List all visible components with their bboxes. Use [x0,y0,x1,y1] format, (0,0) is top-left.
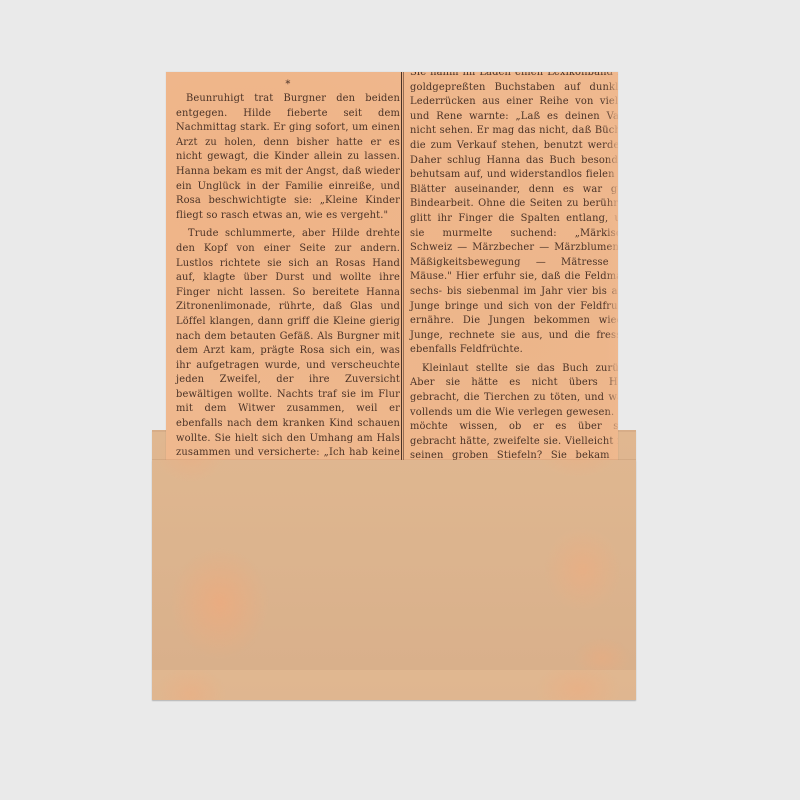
right-column: Sie nahm im Laden einen Lexikonband mit … [410,72,618,462]
photo-stage: * Beunruhigt trat Burgner den beiden ent… [0,0,800,800]
envelope-front-flap [152,460,636,700]
right-paragraph: Kleinlaut stellte sie das Buch zurück. A… [410,362,618,462]
newspaper-clipping: * Beunruhigt trat Burgner den beiden ent… [166,72,618,462]
section-mark: * [176,80,400,90]
left-paragraph: Beunruhigt trat Burgner den beiden entge… [176,92,400,223]
left-paragraph: Trude schlummerte, aber Hilde drehte den… [176,227,400,462]
left-column: * Beunruhigt trat Burgner den beiden ent… [176,72,400,462]
clipping-right-edge [606,72,618,462]
right-paragraph: Sie nahm im Laden einen Lexikonband mit … [410,72,618,358]
column-divider [401,72,404,462]
